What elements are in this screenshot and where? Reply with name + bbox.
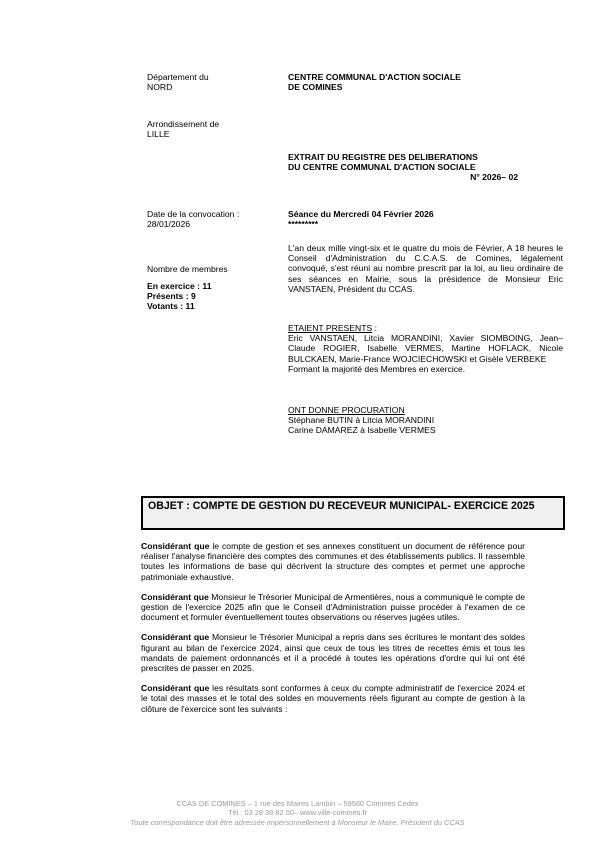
presents-section: ETAIENT PRESENTS : Eric VANSTAEN, Litcia… bbox=[288, 323, 563, 374]
considerant-lead: Considérant que bbox=[141, 592, 209, 602]
extrait-line-1: EXTRAIT DU REGISTRE DES DELIBERATIONS bbox=[288, 152, 518, 162]
convocation-date: 28/01/2026 bbox=[147, 219, 239, 229]
org-line-1: CENTRE COMMUNAL D'ACTION SOCIALE bbox=[288, 72, 461, 82]
organization-name: CENTRE COMMUNAL D'ACTION SOCIALE DE COMI… bbox=[288, 72, 461, 92]
convocation-block: Date de la convocation : 28/01/2026 bbox=[147, 209, 239, 229]
arrondissement-value: LILLE bbox=[147, 129, 219, 139]
majorite-note: Formant la majorité des Membres en exerc… bbox=[288, 364, 563, 374]
arrondissement-block: Arrondissement de LILLE bbox=[147, 119, 219, 139]
en-exercice-count: En exercice : 11 bbox=[147, 281, 212, 291]
page-footer: CCAS DE COMINES – 1 rue des Maires Lambi… bbox=[0, 799, 595, 827]
seance-date: Séance du Mercredi 04 Février 2026 bbox=[288, 209, 434, 219]
presents-heading: ETAIENT PRESENTS bbox=[288, 323, 372, 333]
presents-colon: : bbox=[372, 323, 377, 333]
membres-label: Nombre de membres bbox=[147, 264, 228, 274]
presents-count: Présents : 9 bbox=[147, 291, 212, 301]
arrondissement-label: Arrondissement de bbox=[147, 119, 219, 129]
extrait-title: EXTRAIT DU REGISTRE DES DELIBERATIONS DU… bbox=[288, 152, 518, 183]
departement-value: NORD bbox=[147, 82, 209, 92]
seance-intro: L'an deux mille vingt-six et le quatre d… bbox=[288, 243, 563, 294]
votants-count: Votants : 11 bbox=[147, 301, 212, 311]
considerant-lead: Considérant que bbox=[141, 541, 209, 551]
departement-label: Département du bbox=[147, 72, 209, 82]
considerant-paragraph: Considérant que Monsieur le Trésorier Mu… bbox=[141, 592, 525, 623]
considerant-paragraph: Considérant que les résultats sont confo… bbox=[141, 683, 525, 714]
footer-contact: Tél : 03 28 38 82 00– www.ville-comines.… bbox=[0, 808, 595, 817]
considerant-paragraph: Considérant que Monsieur le Trésorier Mu… bbox=[141, 632, 525, 673]
procuration-section: ONT DONNE PROCURATION Stéphane BUTIN à L… bbox=[288, 405, 563, 436]
seance-title: Séance du Mercredi 04 Février 2026 *****… bbox=[288, 209, 434, 229]
procuration-heading: ONT DONNE PROCURATION bbox=[288, 405, 563, 415]
considerant-lead: Considérant que bbox=[141, 683, 209, 693]
body-paragraphs: Considérant que le compte de gestion et … bbox=[141, 541, 525, 714]
considerant-lead: Considérant que bbox=[141, 632, 209, 642]
procuration-item: Carine DAMAREZ à Isabelle VERMES bbox=[288, 425, 563, 435]
procuration-item: Stéphane BUTIN à Litcia MORANDINI bbox=[288, 415, 563, 425]
footer-address: CCAS DE COMINES – 1 rue des Maires Lambi… bbox=[0, 799, 595, 808]
departement-block: Département du NORD bbox=[147, 72, 209, 92]
footer-notice: Toute correspondance doit être adressée … bbox=[0, 818, 595, 827]
objet-box: OBJET : COMPTE DE GESTION DU RECEVEUR MU… bbox=[141, 496, 565, 530]
presents-list: Eric VANSTAEN, Litcia MORANDINI, Xavier … bbox=[288, 333, 563, 364]
considerant-paragraph: Considérant que le compte de gestion et … bbox=[141, 541, 525, 582]
org-line-2: DE COMINES bbox=[288, 82, 461, 92]
membres-counts: En exercice : 11 Présents : 9 Votants : … bbox=[147, 281, 212, 312]
seance-separator: ********* bbox=[288, 219, 434, 229]
convocation-label: Date de la convocation : bbox=[147, 209, 239, 219]
extrait-line-2: DU CENTRE COMMUNAL D'ACTION SOCIALE bbox=[288, 162, 518, 172]
deliberation-number: N° 2026– 02 bbox=[288, 172, 518, 182]
